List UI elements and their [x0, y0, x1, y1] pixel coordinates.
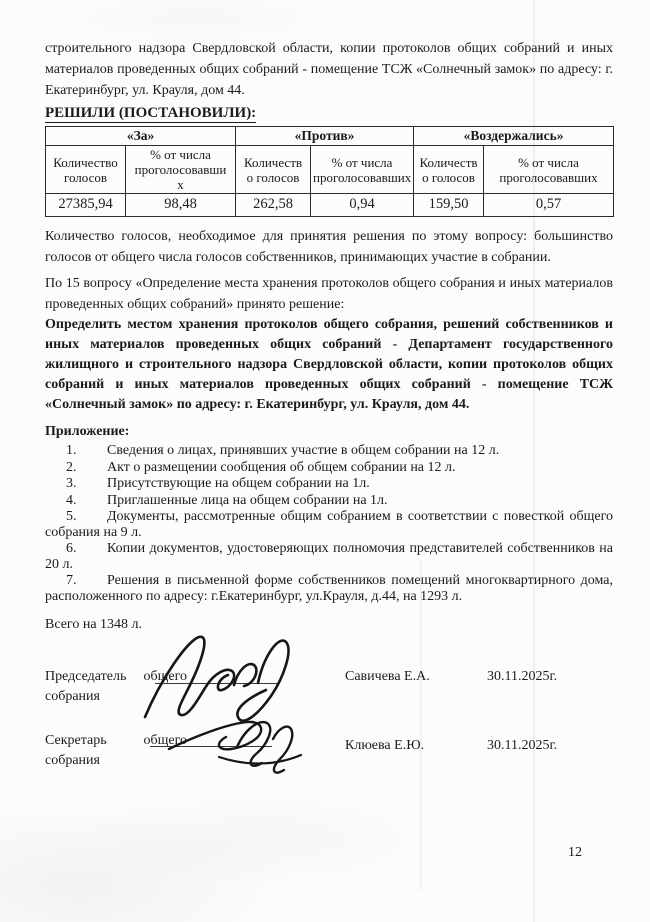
list-item-number: 5. — [66, 509, 107, 525]
against-pct-header: % от числа проголосовавших — [311, 146, 414, 194]
list-item: 5.Документы, рассмотренные общим собрани… — [45, 509, 613, 540]
list-item-text: Документы, рассмотренные общим собранием… — [45, 509, 613, 540]
group-header-against: «Против» — [236, 127, 414, 146]
against-qty-value: 262,58 — [236, 194, 311, 217]
secretary-signature-row: Секретарь общего собрания Клюева Е.Ю. 30… — [45, 733, 613, 805]
list-item-text: Сведения о лицах, принявших участие в об… — [107, 443, 499, 458]
secretary-date: 30.11.2025г. — [487, 738, 557, 754]
for-qty-value: 27385,94 — [46, 194, 126, 217]
secretary-name: Клюева Е.Ю. — [345, 738, 424, 754]
group-header-abstain: «Воздержались» — [414, 127, 614, 146]
list-item-number: 2. — [66, 460, 107, 476]
group-header-for: «За» — [46, 127, 236, 146]
chairman-signature-line — [155, 683, 277, 684]
chairman-name: Савичева Е.А. — [345, 669, 430, 685]
list-item: 4.Приглашенные лица на общем собрании на… — [45, 493, 613, 509]
appendix-list: 1.Сведения о лицах, принявших участие в … — [45, 443, 613, 604]
list-item-number: 3. — [66, 476, 107, 492]
list-item: 1.Сведения о лицах, принявших участие в … — [45, 443, 613, 459]
list-item-text: Акт о размещении сообщения об общем собр… — [107, 460, 456, 475]
chairman-role-label: Председатель общего собрания — [45, 667, 187, 707]
list-item: 3.Присутствующие на общем собрании на 1л… — [45, 476, 613, 492]
secretary-role-label: Секретарь общего собрания — [45, 731, 187, 771]
list-item-text: Копии документов, удостоверяющих полномо… — [45, 541, 613, 572]
list-item-number: 4. — [66, 493, 107, 509]
quorum-paragraph: Количество голосов, необходимое для прин… — [45, 226, 613, 268]
list-item-text: Присутствующие на общем собрании на 1л. — [107, 476, 370, 491]
against-qty-header: Количеств о голосов — [236, 146, 311, 194]
abstain-pct-header: % от числа проголосовавших — [484, 146, 614, 194]
for-pct-value: 98,48 — [126, 194, 236, 217]
abstain-qty-value: 159,50 — [414, 194, 484, 217]
list-item: 6.Копии документов, удостоверяющих полно… — [45, 541, 613, 572]
total-pages-line: Всего на 1348 л. — [45, 617, 613, 633]
list-item-number: 7. — [66, 573, 107, 589]
list-item: 7.Решения в письменной форме собственник… — [45, 573, 613, 604]
for-qty-header: Количество голосов — [46, 146, 126, 194]
abstain-qty-header: Количеств о голосов — [414, 146, 484, 194]
resolved-heading: РЕШИЛИ (ПОСТАНОВИЛИ): — [45, 104, 613, 122]
vote-values-row: 27385,94 98,48 262,58 0,94 159,50 0,57 — [46, 194, 614, 217]
secretary-signature-line — [150, 746, 272, 747]
document-page: строительного надзора Свердловской облас… — [0, 0, 650, 922]
chairman-signature-row: Председатель общего собрания Савичева Е.… — [45, 655, 613, 733]
abstain-pct-value: 0,57 — [484, 194, 614, 217]
page-number: 12 — [568, 845, 582, 861]
intro-paragraph: строительного надзора Свердловской облас… — [45, 38, 613, 101]
list-item-text: Решения в письменной форме собственников… — [45, 573, 613, 604]
list-item-number: 6. — [66, 541, 107, 557]
chairman-date: 30.11.2025г. — [487, 669, 557, 685]
question-paragraph: По 15 вопросу «Определение места хранени… — [45, 273, 613, 315]
vote-subheader-row: Количество голосов % от числа проголосов… — [46, 146, 614, 194]
vote-group-header-row: «За» «Против» «Воздержались» — [46, 127, 614, 146]
for-pct-header: % от числа проголосовавши х — [126, 146, 236, 194]
decision-paragraph: Определить местом хранения протоколов об… — [45, 315, 613, 415]
list-item-text: Приглашенные лица на общем собрании на 1… — [107, 493, 388, 508]
vote-results-table: «За» «Против» «Воздержались» Количество … — [45, 126, 614, 217]
list-item: 2.Акт о размещении сообщения об общем со… — [45, 460, 613, 476]
against-pct-value: 0,94 — [311, 194, 414, 217]
list-item-number: 1. — [66, 443, 107, 459]
appendix-heading: Приложение: — [45, 424, 613, 440]
